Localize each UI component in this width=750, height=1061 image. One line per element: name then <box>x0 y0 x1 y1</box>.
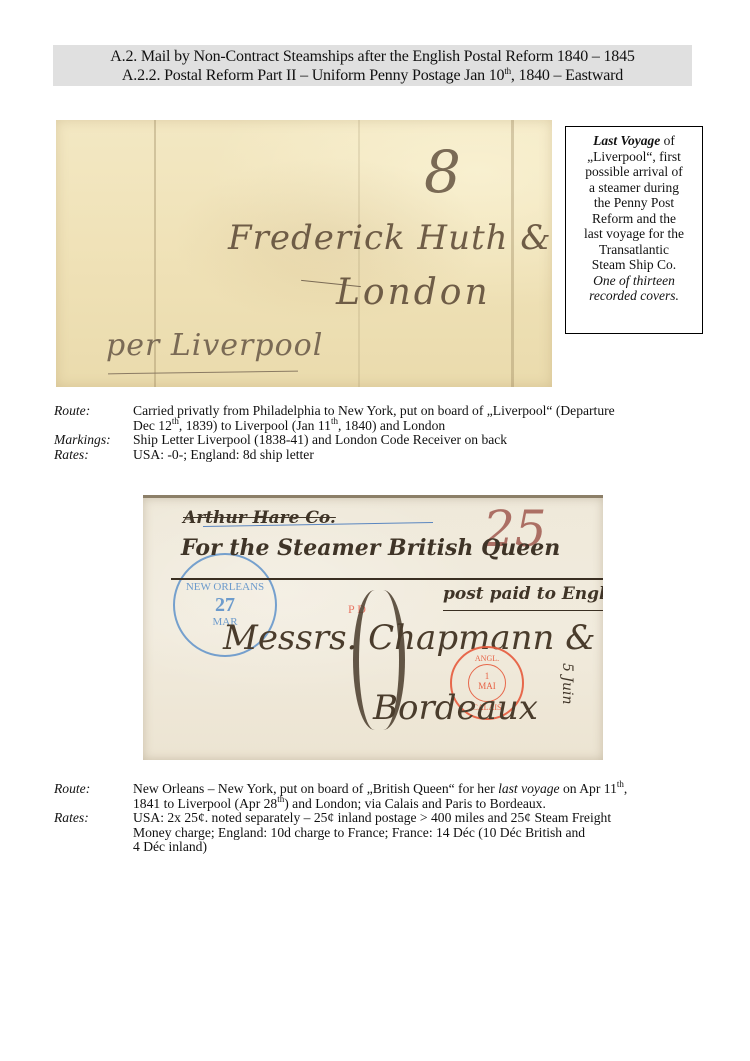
route-row: Route: Carried privatly from Philadelphi… <box>54 404 704 433</box>
annotation-box: Last Voyage of „Liverpool“, first possib… <box>565 126 703 334</box>
route-value: New Orleans – New York, put on board of … <box>133 782 704 811</box>
cover2-description: Route: New Orleans – New York, put on bo… <box>54 782 704 855</box>
route-text: , <box>624 781 627 796</box>
note-line: last voyage for the <box>566 226 702 242</box>
rates-line: Money charge; England: 10d charge to Fra… <box>133 826 704 841</box>
header-subtitle-text: A.2.2. Postal Reform Part II – Uniform P… <box>122 67 504 84</box>
note-line: Reform and the <box>566 211 702 227</box>
steamer-endorsement: For the Steamer British Queen <box>181 535 560 561</box>
endorsement-rule <box>171 578 603 580</box>
note-line-italic: recorded covers. <box>566 288 702 304</box>
cover1-description: Route: Carried privatly from Philadelphi… <box>54 404 704 462</box>
route-text: , 1839) to Liverpool (Jan 11 <box>179 418 331 433</box>
rates-value: USA: 2x 25¢. noted separately – 25¢ inla… <box>133 811 704 855</box>
rates-label: Rates: <box>54 448 133 463</box>
route-text: on Apr 11 <box>560 781 617 796</box>
cover-image-british-queen: NEW ORLEANS 27 MAR 25 Arthur Hare Co. Fo… <box>143 495 603 760</box>
header-title: A.2. Mail by Non-Contract Steamships aft… <box>53 47 692 66</box>
header-subtitle: A.2.2. Postal Reform Part II – Uniform P… <box>53 66 692 85</box>
note-title-rest: of <box>660 133 675 148</box>
note-title: Last Voyage of <box>566 133 702 149</box>
note-line: a steamer during <box>566 180 702 196</box>
route-row: Route: New Orleans – New York, put on bo… <box>54 782 704 811</box>
route-text: ) and London; via Calais and Paris to Bo… <box>284 796 546 811</box>
note-line-italic: One of thirteen <box>566 273 702 289</box>
note-line: the Penny Post <box>566 195 702 211</box>
route-sup: th <box>172 416 179 426</box>
note-line: Steam Ship Co. <box>566 257 702 273</box>
route-line: New Orleans – New York, put on board of … <box>133 782 704 797</box>
route-line: Dec 12th, 1839) to Liverpool (Jan 11th, … <box>133 419 704 434</box>
route-text: Dec 12 <box>133 418 172 433</box>
address-city: London <box>336 272 491 313</box>
markings-value: Ship Letter Liverpool (1838-41) and Lond… <box>133 433 704 448</box>
address-line: Messrs. Chapmann & Co. <box>223 618 603 658</box>
rate-mark: 8 <box>424 138 461 206</box>
markings-label: Markings: <box>54 433 133 448</box>
postmark-top: NEW ORLEANS <box>175 581 275 594</box>
route-sup: th <box>331 416 338 426</box>
endorsement-underline <box>108 371 298 375</box>
route-sup: th <box>617 779 624 789</box>
route-text: 1841 to Liverpool (Apr 28 <box>133 796 277 811</box>
side-note: 5 Juin <box>559 663 575 704</box>
note-line: „Liverpool“, first <box>566 149 702 165</box>
rates-line: USA: 2x 25¢. noted separately – 25¢ inla… <box>133 811 704 826</box>
rates-label: Rates: <box>54 811 133 855</box>
rates-line: 4 Déc inland) <box>133 840 704 855</box>
header-subtitle-text-end: , 1840 – Eastward <box>511 67 623 84</box>
note-line: possible arrival of <box>566 164 702 180</box>
rates-row: Rates: USA: 2x 25¢. noted separately – 2… <box>54 811 704 855</box>
note-line: Transatlantic <box>566 242 702 258</box>
rates-row: Rates: USA: -0-; England: 8d ship letter <box>54 448 704 463</box>
ship-endorsement: per Liverpool <box>106 328 323 363</box>
postpaid-rule <box>443 610 603 611</box>
address-line: Frederick Huth & C <box>228 218 552 258</box>
route-label: Route: <box>54 782 133 811</box>
postmark-day: 1 <box>469 671 505 681</box>
route-text: , 1840) and London <box>338 418 445 433</box>
page-header: A.2. Mail by Non-Contract Steamships aft… <box>53 45 692 86</box>
header-subtitle-sup: th <box>504 66 511 76</box>
route-line: Carried privatly from Philadelphia to Ne… <box>133 404 704 419</box>
postpaid-note: post paid to Engl. <box>443 584 603 604</box>
address-city: Bordeaux <box>373 688 538 728</box>
postmark-top: ANGL. <box>452 654 522 664</box>
markings-row: Markings: Ship Letter Liverpool (1838-41… <box>54 433 704 448</box>
postmark-day: 27 <box>175 594 275 616</box>
route-text: New Orleans – New York, put on board of … <box>133 781 498 796</box>
note-title-emphasis: Last Voyage <box>593 133 660 148</box>
route-label: Route: <box>54 404 133 433</box>
route-emphasis: last voyage <box>498 781 560 796</box>
route-line: 1841 to Liverpool (Apr 28th) and London;… <box>133 797 704 812</box>
cover-image-liverpool: 8 Frederick Huth & C London per Liverpoo… <box>56 120 552 387</box>
route-value: Carried privatly from Philadelphia to Ne… <box>133 404 704 433</box>
rates-value: USA: -0-; England: 8d ship letter <box>133 448 704 463</box>
